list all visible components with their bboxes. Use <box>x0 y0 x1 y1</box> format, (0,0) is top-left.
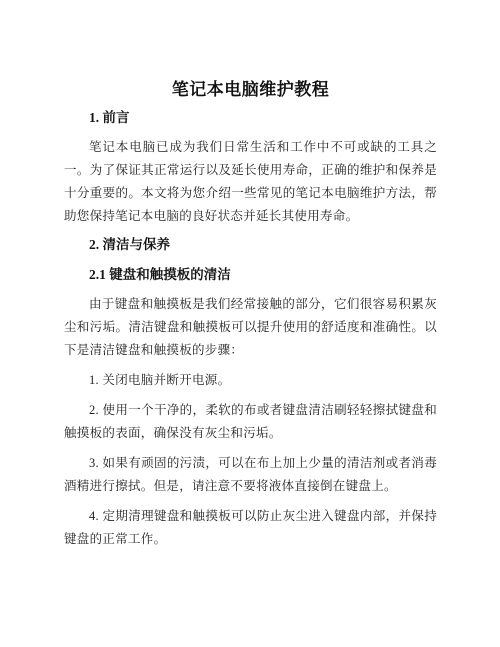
step-1: 1. 关闭电脑并断开电源。 <box>64 369 437 392</box>
step-4: 4. 定期清理键盘和触摸板可以防止灰尘进入键盘内部，并保持键盘的正常工作。 <box>64 505 437 551</box>
step-2: 2. 使用一个干净的，柔软的布或者键盘清洁刷轻轻擦拭键盘和触摸板的表面，确保没有… <box>64 399 437 445</box>
paragraph-keyboard-intro: 由于键盘和触摸板是我们经常接触的部分，它们很容易积累灰尘和污垢。清洁键盘和触摸板… <box>64 293 437 362</box>
step-3: 3. 如果有顽固的污渍，可以在布上加上少量的清洁剂或者消毒酒精进行擦拭。但是，请… <box>64 452 437 498</box>
document-content: 笔记本电脑维护教程 1. 前言 笔记本电脑已成为我们日常生活和工作中不可或缺的工… <box>0 0 500 551</box>
heading-cleaning-maintenance: 2. 清洁与保养 <box>64 236 437 254</box>
heading-keyboard-touchpad-cleaning: 2.1 键盘和触摸板的清洁 <box>64 266 437 284</box>
heading-preface: 1. 前言 <box>64 109 437 127</box>
document-title: 笔记本电脑维护教程 <box>64 80 437 100</box>
paragraph-intro: 笔记本电脑已成为我们日常生活和工作中不可或缺的工具之一。为了保证其正常运行以及延… <box>64 136 437 228</box>
document-page: 笔记本电脑维护教程 1. 前言 笔记本电脑已成为我们日常生活和工作中不可或缺的工… <box>0 0 500 647</box>
